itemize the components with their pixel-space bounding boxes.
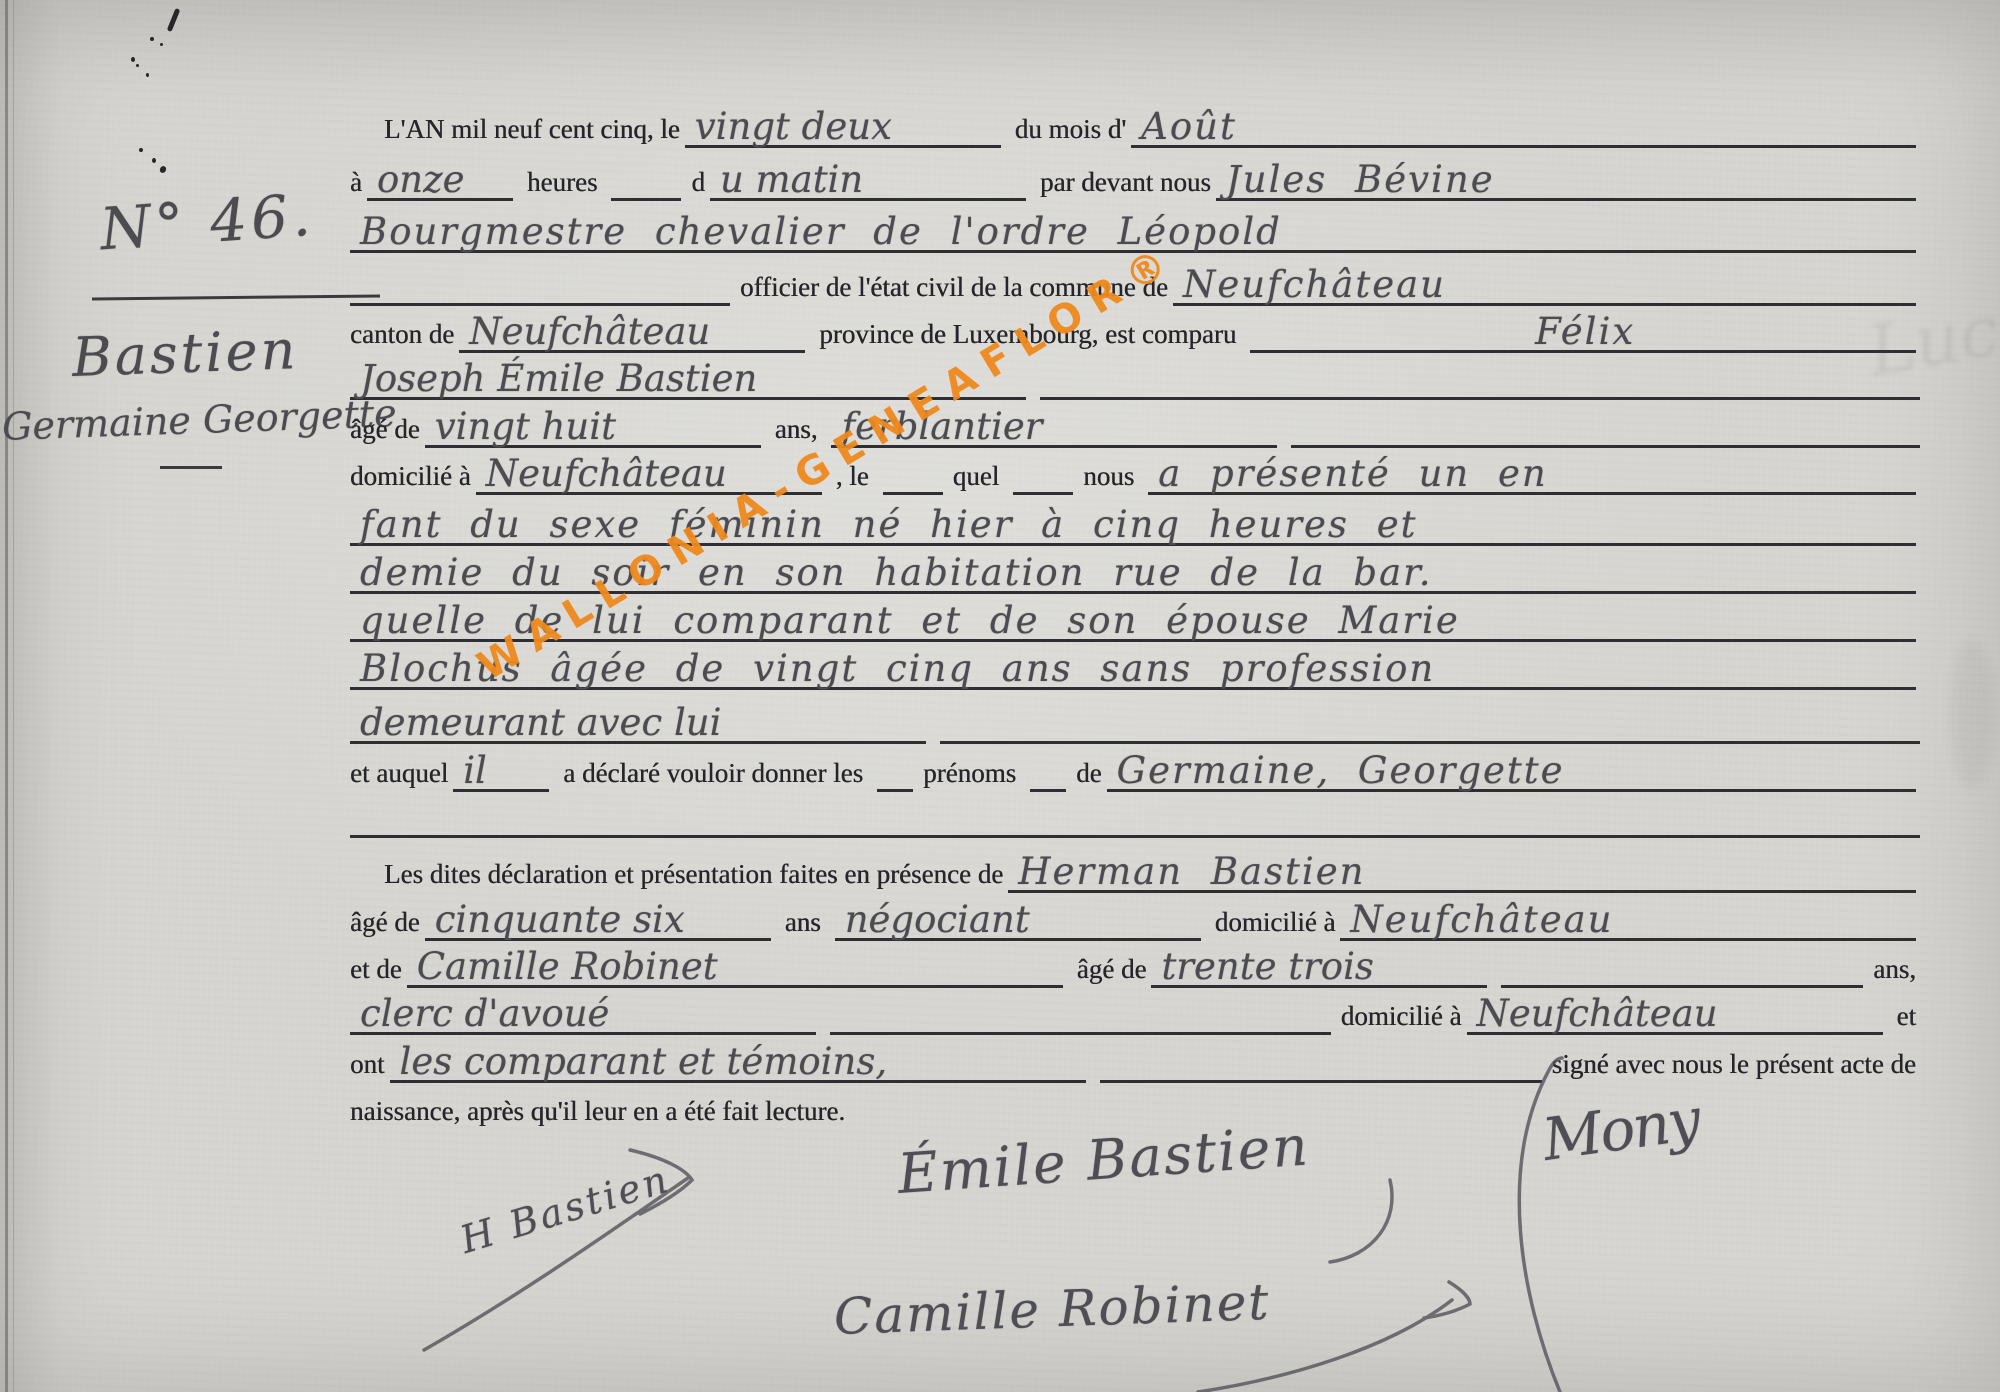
handwritten-entry: onze xyxy=(367,161,513,201)
act-line: Joseph Émile Bastien xyxy=(350,352,1930,400)
bleed-through-smudge xyxy=(1950,640,1994,790)
margin-given-names: Germaine Georgette xyxy=(1,391,397,449)
blank-field xyxy=(350,291,730,306)
printed-text: ans, xyxy=(775,415,818,445)
blank-field xyxy=(1013,480,1073,495)
blank-field xyxy=(830,1020,1331,1035)
printed-text: domicilié à xyxy=(350,462,471,492)
handwritten-entry: clerc d'avoué xyxy=(350,995,816,1035)
printed-text: ans xyxy=(785,908,821,938)
printed-text: et auquel xyxy=(350,759,448,789)
act-line: Bourgmestre chevalier de l'ordre Léopold xyxy=(350,205,1930,253)
handwritten-entry: demeurant avec lui xyxy=(350,704,926,744)
printed-text: de xyxy=(1076,759,1101,789)
act-line: âgé decinquante sixansnégociantdomicilié… xyxy=(350,893,1930,941)
printed-text: ont xyxy=(350,1050,385,1080)
act-line: fant du sexe féminin né hier à cinq heur… xyxy=(350,498,1930,546)
handwritten-entry: u matin xyxy=(710,161,1026,201)
blank-field xyxy=(1501,973,1863,988)
printed-text: domicilié à xyxy=(1341,1002,1462,1032)
printed-text: par devant nous xyxy=(1040,168,1211,198)
act-line: demeurant avec lui xyxy=(350,696,1930,744)
act-line xyxy=(350,790,1930,838)
printed-text: âgé de xyxy=(350,908,420,938)
handwritten-entry: Bourgmestre chevalier de l'ordre Léopold xyxy=(350,213,1916,253)
act-line: L'AN mil neuf cent cinq, levingt deuxdu … xyxy=(350,100,1930,148)
blank-field xyxy=(611,186,681,201)
printed-text: domicilié à xyxy=(1215,908,1336,938)
handwritten-entry: Blochus âgée de vingt cinq ans sans prof… xyxy=(350,650,1916,690)
printed-text: canton de xyxy=(350,320,454,350)
margin-dash xyxy=(160,466,222,469)
handwritten-entry: vingt deux xyxy=(685,108,1001,148)
blank-field xyxy=(1040,385,1920,400)
printed-text: d xyxy=(691,168,705,198)
handwritten-entry: a présenté un en xyxy=(1148,455,1916,495)
handwritten-entry: les comparant et témoins, xyxy=(390,1043,1086,1083)
act-line: et auquelila déclaré vouloir donner lesp… xyxy=(350,744,1930,792)
handwritten-entry: Germaine, Georgette xyxy=(1107,752,1916,792)
handwritten-entry: Neufchâteau xyxy=(1467,995,1883,1035)
printed-text: quel xyxy=(953,462,1000,492)
act-line: clerc d'avouédomicilié àNeufchâteauet xyxy=(350,987,1930,1035)
printed-text: et xyxy=(1897,1002,1917,1032)
handwritten-entry: fant du sexe féminin né hier à cinq heur… xyxy=(350,506,1916,546)
act-line: Les dites déclaration et présentation fa… xyxy=(350,845,1930,893)
handwritten-entry: Août xyxy=(1131,108,1916,148)
blank-field xyxy=(1291,433,1920,448)
printed-text: et de xyxy=(350,955,402,985)
printed-text: heures xyxy=(527,168,597,198)
act-line: ontles comparant et témoins,signé avec n… xyxy=(350,1035,1930,1083)
handwritten-entry: trente trois xyxy=(1151,948,1487,988)
act-line: Blochus âgée de vingt cinq ans sans prof… xyxy=(350,642,1930,690)
handwritten-entry: Félix xyxy=(1250,313,1916,353)
margin-divider-rule xyxy=(92,294,380,300)
printed-text: naissance, après qu'il leur en a été fai… xyxy=(350,1097,845,1127)
handwritten-entry: Neufchâteau xyxy=(1340,901,1916,941)
printed-text: du mois d' xyxy=(1015,115,1126,145)
handwritten-entry: négociant xyxy=(835,901,1201,941)
act-line: àonzeheuresdu matinpar devant nousJules … xyxy=(350,153,1930,201)
handwritten-entry: Neufchâteau xyxy=(1173,266,1916,306)
blank-field xyxy=(1100,1068,1542,1083)
printed-text: prénoms xyxy=(923,759,1016,789)
printed-text: L'AN mil neuf cent cinq, le xyxy=(384,115,680,145)
handwritten-entry: il xyxy=(453,752,549,792)
handwritten-entry: Jules Bévine xyxy=(1216,161,1916,201)
printed-text: Les dites déclaration et présentation fa… xyxy=(384,860,1003,890)
binding-edge-line-2 xyxy=(13,0,14,1392)
blank-field xyxy=(883,480,943,495)
printed-text: âgé de xyxy=(1077,955,1147,985)
handwritten-entry: Neufchâteau xyxy=(459,313,805,353)
handwritten-entry: vingt huit xyxy=(425,408,761,448)
printed-text: nous xyxy=(1083,462,1134,492)
printed-text: a déclaré vouloir donner les xyxy=(563,759,863,789)
printed-text: âgé de xyxy=(350,415,420,445)
printed-text: ans, xyxy=(1873,955,1916,985)
handwritten-entry: Herman Bastien xyxy=(1008,853,1916,893)
act-line: et deCamille Robinetâgé detrente troisan… xyxy=(350,940,1930,988)
handwritten-entry: Camille Robinet xyxy=(407,948,1063,988)
blank-field xyxy=(940,729,1920,744)
act-line: canton deNeufchâteauprovince de Luxembou… xyxy=(350,305,1930,353)
printed-text: à xyxy=(350,168,362,198)
handwritten-entry: cinquante six xyxy=(425,901,771,941)
birth-certificate-page: N° 46. Bastien Germaine Georgette L'AN m… xyxy=(0,0,2000,1392)
act-line: âgé devingt huitans,ferblantier xyxy=(350,400,1930,448)
act-line: domicilié àNeufchâteau, lequelnousa prés… xyxy=(350,447,1930,495)
act-number: N° 46. xyxy=(98,181,317,264)
printed-text: signé avec nous le présent acte de xyxy=(1552,1050,1916,1080)
blank-field xyxy=(350,823,1920,838)
margin-surname: Bastien xyxy=(71,318,299,389)
binding-edge-line xyxy=(5,0,8,1392)
